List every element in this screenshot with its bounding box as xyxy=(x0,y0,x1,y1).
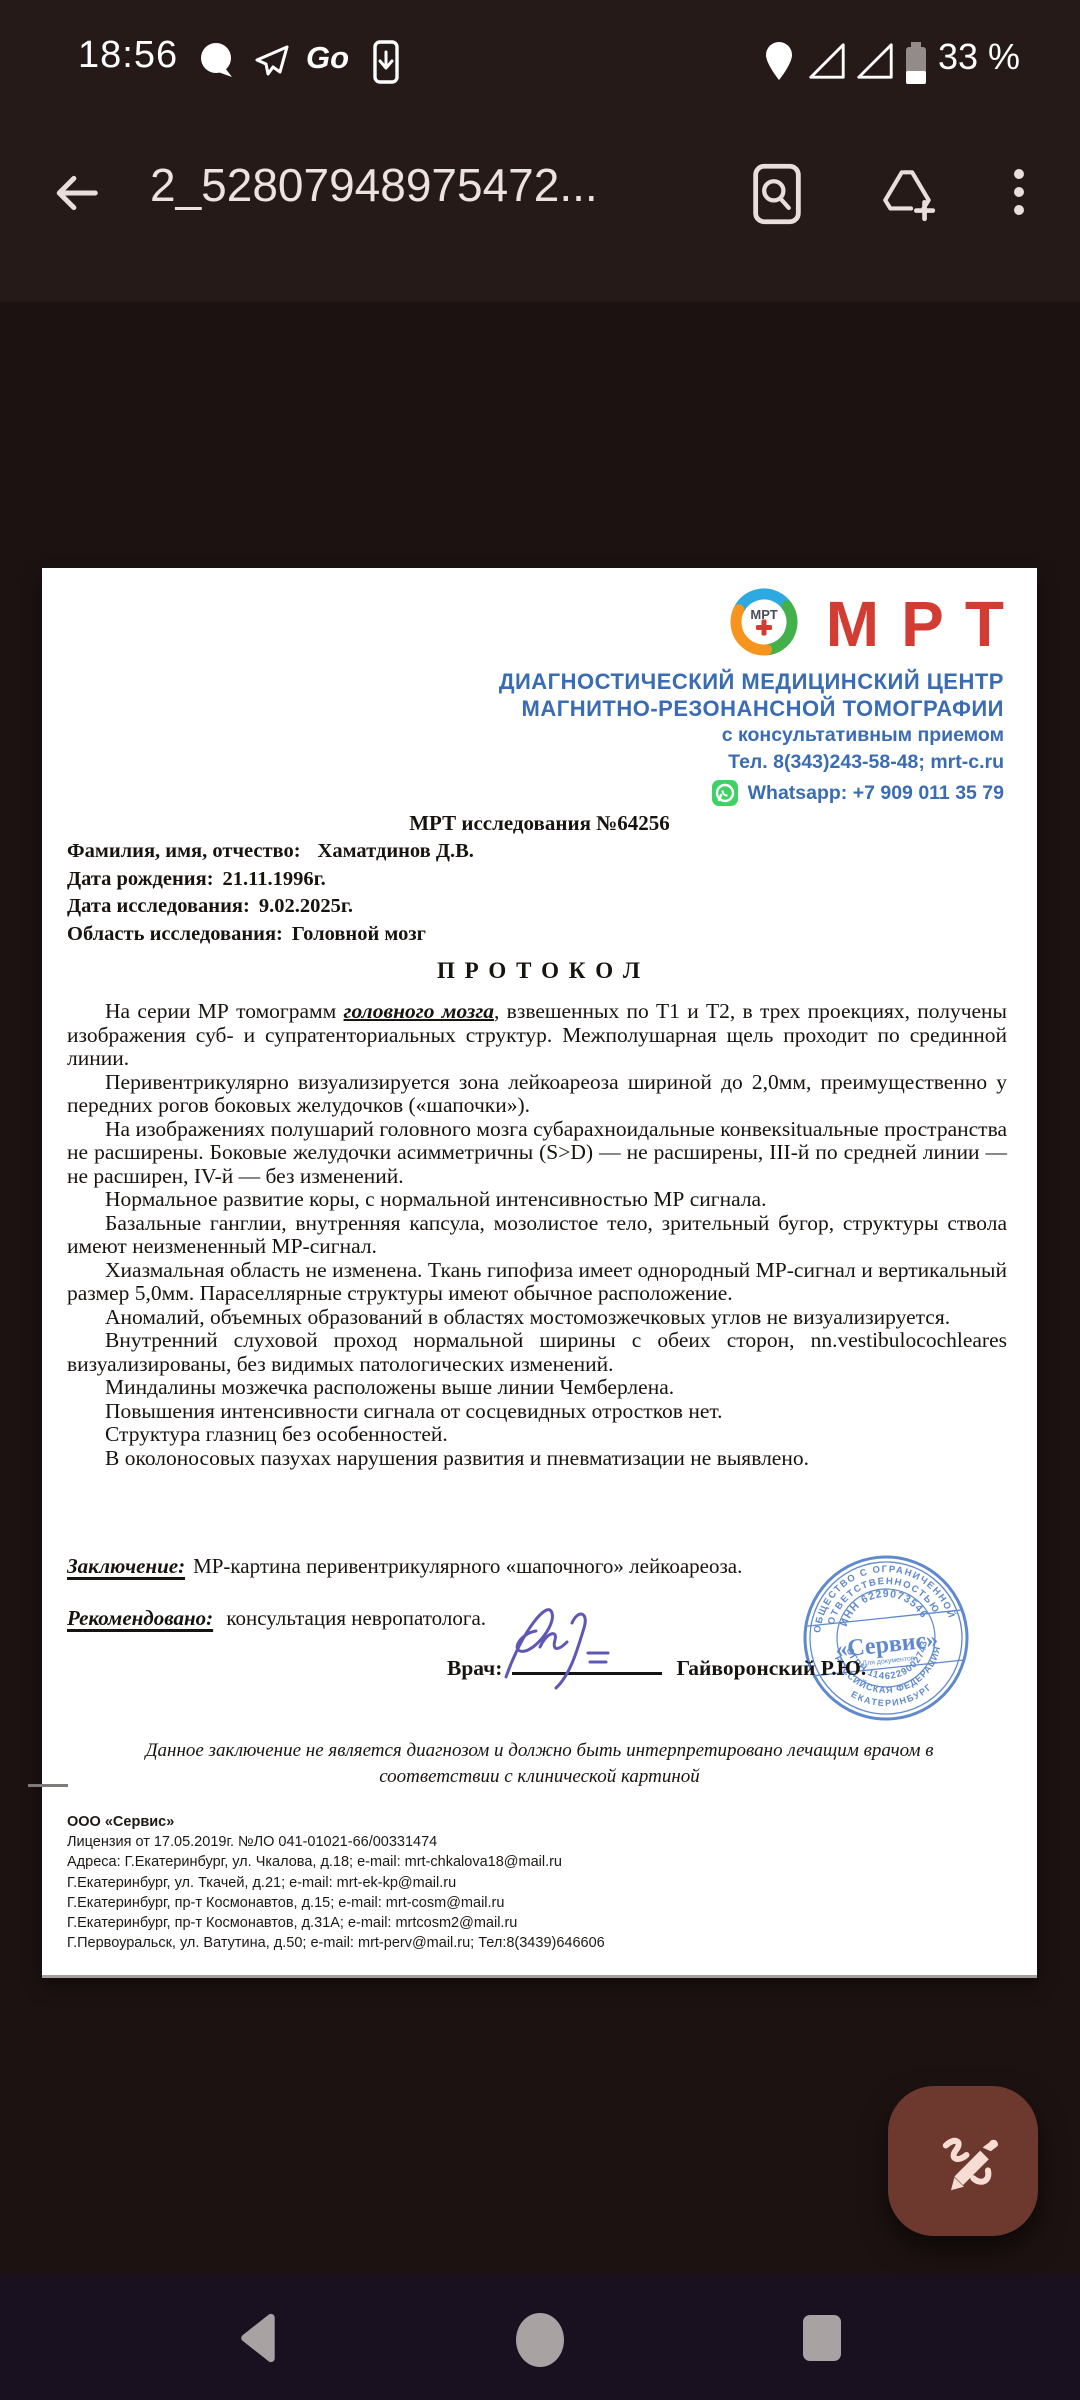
protocol-paragraph: Перивентрикулярно визуализируется зона л… xyxy=(67,1071,1007,1118)
drive-add-icon xyxy=(878,164,938,224)
whatsapp-row: Whatsapp: +7 909 011 35 79 xyxy=(499,780,1004,806)
clinic-subtitle-lines: ДИАГНОСТИЧЕСКИЙ МЕДИЦИНСКИЙ ЦЕНТРМАГНИТН… xyxy=(499,668,1004,776)
protocol-paragraph: Внутренний слуховой проход нормальной ши… xyxy=(67,1329,1007,1376)
disclaimer-text: Данное заключение не является диагнозом … xyxy=(102,1738,977,1790)
brand-title: МРТ xyxy=(826,588,1026,660)
signal-sim1-icon xyxy=(806,40,848,87)
clinic-subtitle-line: ДИАГНОСТИЧЕСКИЙ МЕДИЦИНСКИЙ ЦЕНТР xyxy=(499,668,1004,695)
phone-screen: 18:56 Go 33 % 2_52807948975472... xyxy=(0,0,1080,2400)
emphasized-term: головного мозга xyxy=(344,999,494,1023)
conclusion-label: Заключение: xyxy=(67,1554,185,1578)
clinic-subtitle-line: Тел. 8(343)243-58-48; mrt-c.ru xyxy=(499,749,1004,776)
add-to-drive-button[interactable] xyxy=(878,164,938,227)
patient-info-line: Фамилия, имя, отчество:Хаматдинов Д.В. xyxy=(67,838,474,866)
protocol-paragraph: Хиазмальная область не изменена. Ткань г… xyxy=(67,1259,1007,1306)
recommendation-label: Рекомендовано: xyxy=(67,1606,213,1630)
location-icon xyxy=(762,40,796,87)
download-phone-icon xyxy=(368,40,404,89)
report-title: МРТ исследования №64256 xyxy=(42,811,1037,836)
clinic-header: МРТ МРТ ДИАГНОСТИЧЕСКИЙ МЕДИЦИНСКИЙ ЦЕНТ… xyxy=(499,582,1004,806)
protocol-paragraph: В околоносовых пазухах нарушения развити… xyxy=(67,1447,1007,1471)
chat-bubble-icon xyxy=(198,40,236,85)
clock: 18:56 xyxy=(78,34,178,77)
go-app-icon: Go xyxy=(306,40,349,76)
protocol-paragraph: Аномалий, объемных образований в областя… xyxy=(67,1306,1007,1330)
patient-info-line: Дата рождения:21.11.1996г. xyxy=(67,866,474,894)
clinic-logo-icon: МРТ xyxy=(728,582,800,660)
protocol-paragraph: Структура глазниц без особенностей. xyxy=(67,1423,1007,1447)
nav-recents-button[interactable] xyxy=(800,2312,844,2367)
protocol-paragraphs: Перивентрикулярно визуализируется зона л… xyxy=(67,1071,1007,1471)
patient-info-line: Область исследования:Головной мозг xyxy=(67,921,474,949)
footer-line: Г.Первоуральск, ул. Ватутина, д.50; e-ma… xyxy=(67,1933,605,1953)
footer-line: ООО «Сервис» xyxy=(67,1812,605,1832)
patient-info: Фамилия, имя, отчество:Хаматдинов Д.В. Д… xyxy=(67,838,474,948)
doctor-name: Гайворонский Р.Ю. xyxy=(676,1656,866,1680)
battery-icon xyxy=(902,40,930,91)
footer-line: Адреса: Г.Екатеринбург, ул. Чкалова, д.1… xyxy=(67,1852,605,1872)
protocol-paragraph: Нормальное развитие коры, с нормальной и… xyxy=(67,1188,1007,1212)
whatsapp-number: Whatsapp: +7 909 011 35 79 xyxy=(748,782,1004,805)
protocol-heading: П Р О Т О К О Л xyxy=(42,958,1037,984)
document-page[interactable]: МРТ МРТ ДИАГНОСТИЧЕСКИЙ МЕДИЦИНСКИЙ ЦЕНТ… xyxy=(42,568,1037,1975)
footer-line: Г.Екатеринбург, ул. Ткачей, д.21; e-mail… xyxy=(67,1873,605,1893)
doctor-signature-scribble xyxy=(492,1593,667,1698)
clinic-subtitle-line: с консультативным приемом xyxy=(499,722,1004,749)
protocol-paragraph: Базальные ганглии, внутренняя капсула, м… xyxy=(67,1212,1007,1259)
navigation-bar xyxy=(0,2274,1080,2400)
search-document-icon xyxy=(748,162,806,226)
back-button[interactable] xyxy=(48,166,102,223)
protocol-paragraph: Миндалины мозжечка расположены выше лини… xyxy=(67,1376,1007,1400)
signal-sim2-icon xyxy=(854,40,896,87)
footer-line: Лицензия от 17.05.2019г. №ЛО 041-01021-6… xyxy=(67,1832,605,1852)
search-in-document-button[interactable] xyxy=(748,162,806,229)
overflow-menu-button[interactable] xyxy=(1004,164,1034,223)
status-bar: 18:56 Go 33 % xyxy=(0,28,1080,88)
patient-info-line: Дата исследования:9.02.2025г. xyxy=(67,893,474,921)
clinic-subtitle-line: МАГНИТНО-РЕЗОНАНСНОЙ ТОМОГРАФИИ xyxy=(499,695,1004,722)
app-bar: 2_52807948975472... xyxy=(0,148,1080,240)
three-dots-icon xyxy=(1004,164,1034,220)
page-margin-mark xyxy=(28,1784,68,1787)
battery-percent: 33 % xyxy=(938,36,1020,78)
nav-home-button[interactable] xyxy=(513,2312,567,2371)
telegram-icon xyxy=(252,40,292,85)
footer-line: Г.Екатеринбург, пр-т Космонавтов, д.15; … xyxy=(67,1893,605,1913)
nav-back-button[interactable] xyxy=(236,2312,280,2367)
protocol-paragraph: На изображениях полушарий головного мозг… xyxy=(67,1118,1007,1189)
footer-line: Г.Екатеринбург, пр-т Космонавтов, д.31А;… xyxy=(67,1913,605,1933)
whatsapp-icon xyxy=(712,780,738,806)
document-title: 2_52807948975472... xyxy=(150,158,710,212)
signature-pen-icon xyxy=(920,2118,1006,2204)
clinic-footer: ООО «Сервис»Лицензия от 17.05.2019г. №ЛО… xyxy=(67,1812,605,1953)
annotate-fab[interactable] xyxy=(888,2086,1038,2236)
protocol-body: На серии МР томограмм головного мозга, в… xyxy=(67,1000,1007,1470)
protocol-paragraph-1: На серии МР томограмм головного мозга, в… xyxy=(67,1000,1007,1071)
company-stamp: ОБЩЕСТВО С ОГРАНИЧЕННОЙ ОТВЕТСТВЕННОСТЬЮ… xyxy=(800,1552,972,1724)
protocol-paragraph: Повышения интенсивности сигнала от сосце… xyxy=(67,1400,1007,1424)
